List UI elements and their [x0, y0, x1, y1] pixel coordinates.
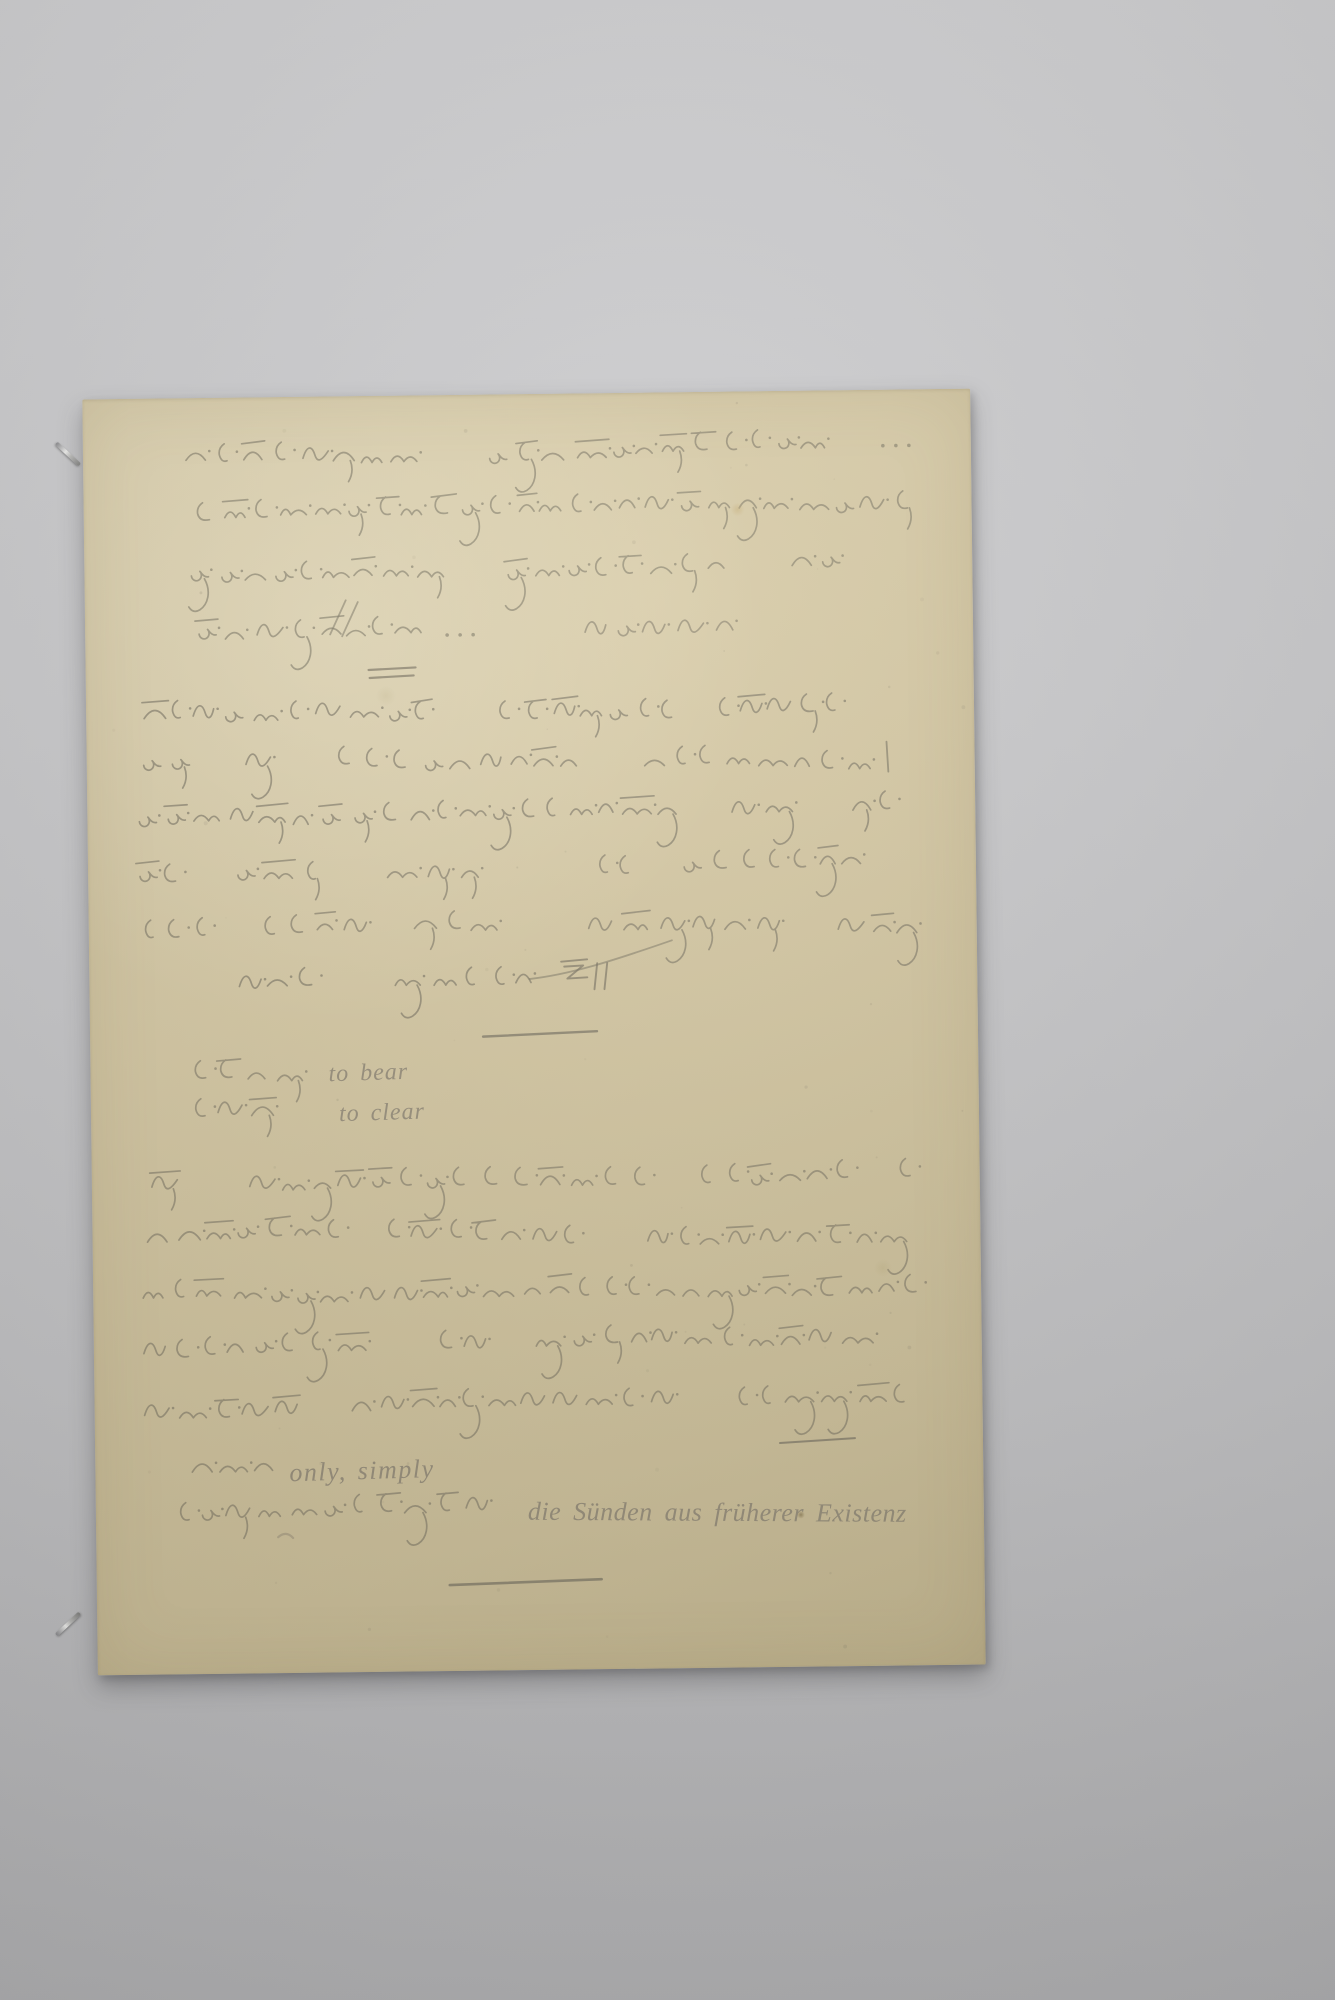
tibetan-script-line	[139, 791, 901, 854]
tibetan-script-line	[142, 692, 847, 742]
manuscript-mark-equals	[369, 667, 416, 678]
tibetan-script-line	[145, 910, 502, 953]
tibetan-script-line	[143, 1270, 928, 1336]
tibetan-script-line	[239, 965, 537, 1020]
tibetan-script-line	[585, 619, 738, 636]
tibetan-script-line	[188, 551, 844, 614]
manuscript-mark-dots3	[881, 444, 911, 448]
tibetan-script-line	[192, 1461, 272, 1472]
manuscript-mark-dots3	[445, 633, 475, 637]
manuscript-mark-rule	[483, 1031, 597, 1036]
gloss-to-bear: to bear	[328, 1059, 408, 1088]
gloss-only-simply: only, simply	[289, 1454, 435, 1488]
tibetan-script-line	[144, 1383, 904, 1443]
manuscript-mark-curl	[278, 1534, 293, 1538]
tibetan-script-line	[589, 907, 923, 969]
manuscript-mark-flourish	[529, 940, 672, 979]
gloss-german: die Sünden aus früherer Existenz	[528, 1497, 907, 1529]
tibetan-script-line	[196, 1098, 279, 1138]
tibetan-script-line	[144, 1322, 879, 1384]
tibetan-script-line	[195, 615, 422, 671]
gloss-to-clear: to clear	[339, 1099, 426, 1129]
handwriting-layer	[82, 389, 986, 1676]
tibetan-script-line	[600, 845, 866, 899]
tibetan-script-line	[186, 429, 831, 496]
tibetan-script-line	[144, 740, 876, 800]
staple-top-left	[55, 442, 81, 467]
staple-bottom-left	[55, 1612, 81, 1637]
manuscript-mark-underline	[780, 1438, 855, 1443]
tibetan-script-line	[150, 1158, 922, 1222]
manuscript-mark-bar	[886, 742, 888, 772]
photo-stage: to bear to clear only, simply die Sünden…	[0, 0, 1335, 2000]
manuscript-mark-rule	[450, 1579, 602, 1585]
tibetan-script-line	[136, 857, 484, 903]
tibetan-script-line	[147, 1209, 907, 1283]
tibetan-script-line	[195, 1058, 308, 1103]
manuscript-page: to bear to clear only, simply die Sünden…	[82, 389, 986, 1676]
tibetan-script-line	[197, 488, 911, 548]
tibetan-script-line	[180, 1492, 493, 1548]
